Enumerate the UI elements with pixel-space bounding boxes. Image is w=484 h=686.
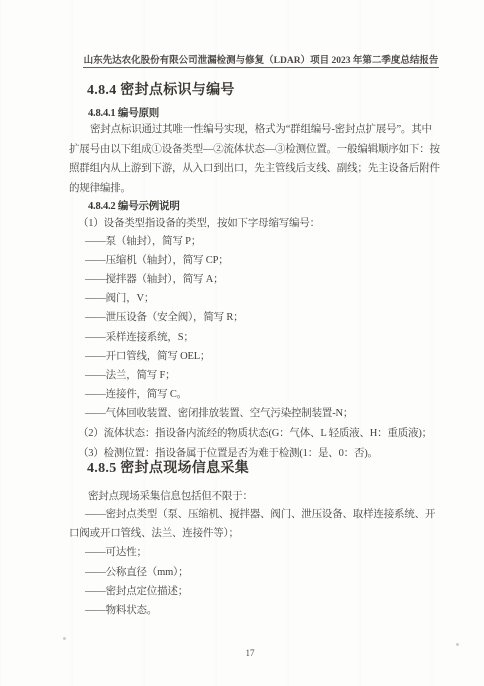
dash-list-item: ——密封点定位描述； [85, 585, 188, 598]
scan-speck [456, 643, 459, 646]
dash-list-item: ——密封点类型（泵、压缩机、搅拌器、阀门、泄压设备、取样连接系统、开 [85, 508, 435, 521]
document-page: 山东先达农化股份有限公司泄漏检测与修复（LDAR）项目 2023 年第二季度总结… [0, 0, 484, 686]
paragraph-line: 的规律编排。 [69, 182, 131, 195]
page-header-title: 山东先达农化股份有限公司泄漏检测与修复（LDAR）项目 2023 年第二季度总结… [83, 52, 439, 66]
scan-speck [63, 637, 66, 640]
section-heading-4-8-5: 4.8.5 密封点现场信息采集 [87, 462, 249, 475]
numbered-item-2: （2）流体状态：指设备内流经的物质状态(G：气体、L 轻质液、H：重质液)； [78, 427, 432, 440]
dash-list-item: ——泄压设备（安全阀），简写 R； [85, 311, 243, 324]
section-heading-4-8-4: 4.8.4 密封点标识与编号 [87, 84, 235, 97]
numbered-item-3: （3）检测位置：指设备属于位置是否为难于检测(1：是、0：否)。 [78, 447, 378, 460]
numbered-item-1: （1）设备类型指设备的类型，按如下字母缩写编号： [78, 217, 320, 230]
dash-list-item: ——阀门，V； [85, 292, 154, 305]
dash-list-item: ——泵（轴封），简写 P； [85, 235, 201, 248]
dash-list-item: ——压缩机（轴封），简写 CP； [85, 254, 229, 267]
dash-list-item: ——法兰，简写 F； [85, 369, 175, 382]
dash-list-item: ——气体回收装置、密闭排放装置、空气污染控制装置-N； [85, 407, 353, 420]
page-number: 17 [130, 648, 370, 658]
dash-list-item: ——采样连接系统，S； [85, 331, 194, 344]
paragraph-line: 扩展号由以下组成①设备类型—②流体状态—③检测位置。一般编辑顺序如下：按 [69, 143, 440, 156]
paragraph-line: 密封点现场采集信息包括但不限于： [88, 490, 253, 503]
dash-list-item: ——物料状态。 [85, 604, 157, 617]
paragraph-line: 密封点标识通过其唯一性编号实现，格式为“群组编号-密封点扩展号”。其中 [90, 123, 432, 136]
dash-list-item-wrap: 口阀或开口管线、法兰、连接件等）； [69, 527, 239, 540]
subsection-heading-4-8-4-1: 4.8.4.1 编号原则 [88, 107, 159, 120]
header-rule [83, 67, 439, 68]
dash-list-item: ——连接件，简写 C。 [85, 388, 187, 401]
dash-list-item: ——搅拌器（轴封），简写 A； [85, 273, 223, 286]
dash-list-item: ——开口管线，简写 OEL； [85, 350, 210, 363]
subsection-heading-4-8-4-2: 4.8.4.2 编号示例说明 [88, 200, 180, 213]
dash-list-item: ——公称直径（mm）； [85, 566, 188, 579]
dash-list-item: ——可达性； [85, 546, 147, 559]
paragraph-line: 照群组内从上游到下游，从入口到出口，先主管线后支线、副线；先主设备后附件 [69, 162, 440, 175]
